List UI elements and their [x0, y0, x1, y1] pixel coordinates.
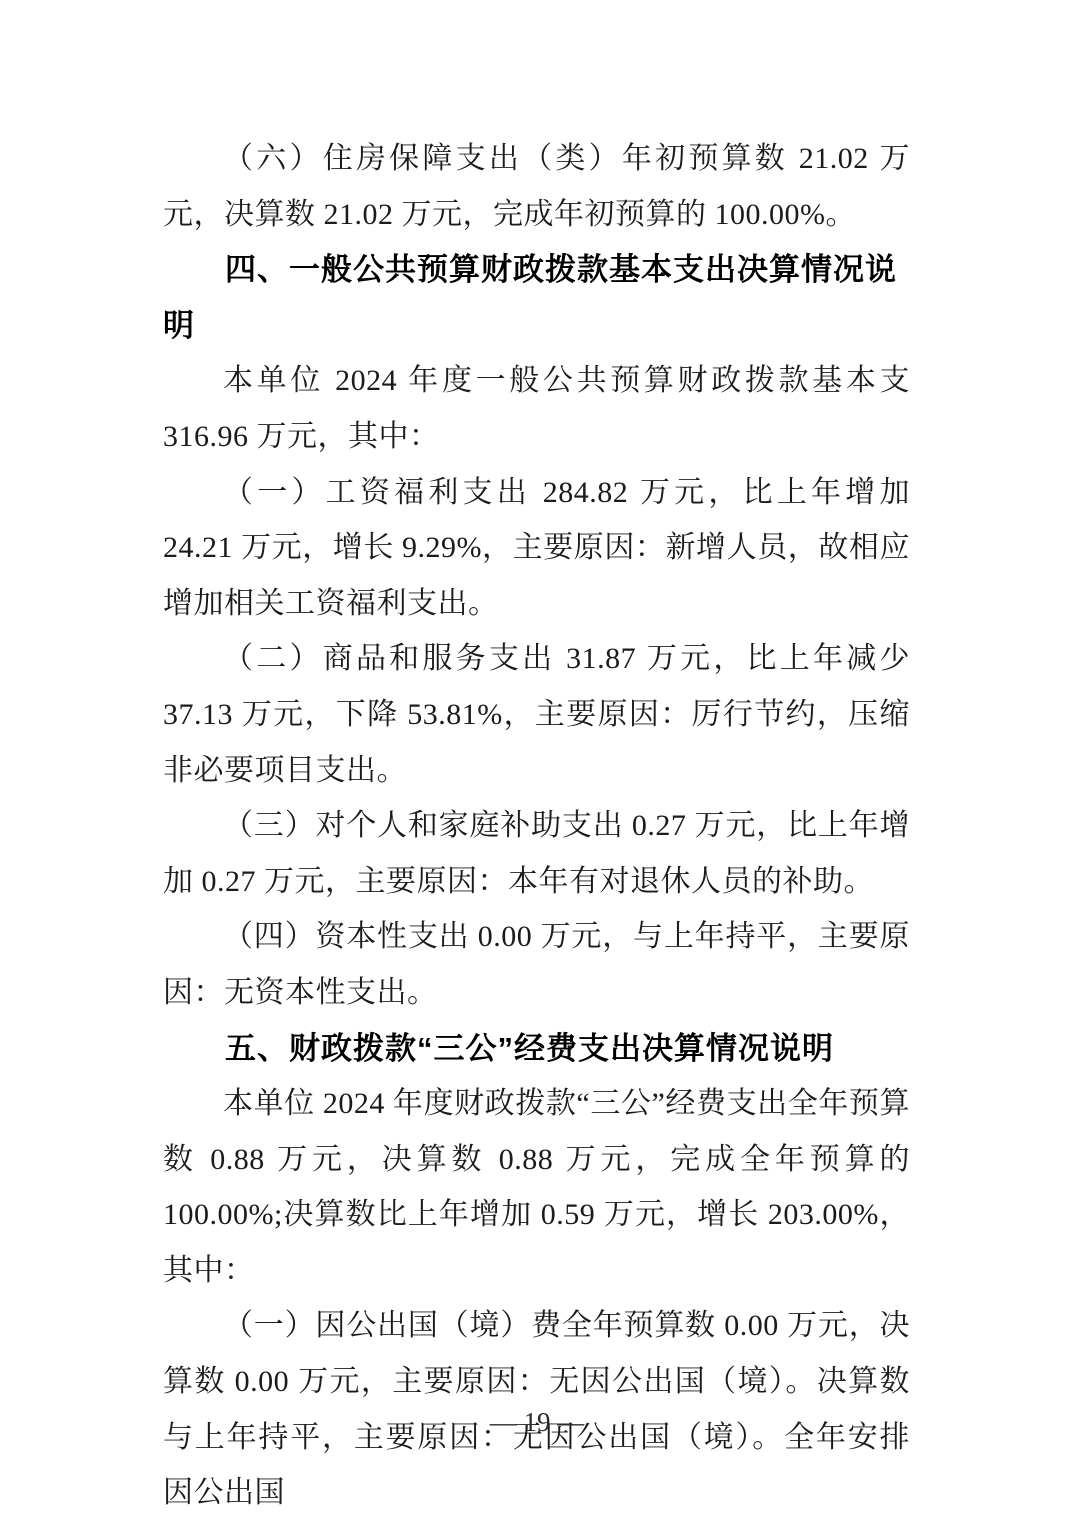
- paragraph-housing-support-expenditure: （六）住房保障支出（类）年初预算数 21.02 万元，决算数 21.02 万元，…: [163, 131, 910, 242]
- paragraph-capital-expenditure: （四）资本性支出 0.00 万元，与上年持平，主要原因：无资本性支出。: [163, 909, 910, 1020]
- paragraph-goods-services-expenditure: （二）商品和服务支出 31.87 万元，比上年减少 37.13 万元，下降 53…: [163, 631, 910, 798]
- page-number: — 19 —: [490, 1407, 585, 1437]
- paragraph-salary-welfare-expenditure: （一）工资福利支出 284.82 万元，比上年增加 24.21 万元，增长 9.…: [163, 465, 910, 632]
- section-heading-three-public-funds: 五、财政拨款“三公”经费支出决算情况说明: [163, 1021, 910, 1077]
- section-heading-basic-expenditure: 四、一般公共预算财政拨款基本支出决算情况说明: [163, 242, 910, 353]
- paragraph-basic-expenditure-intro: 本单位 2024 年度一般公共预算财政拨款基本支 316.96 万元，其中：: [163, 353, 910, 464]
- document-content: （六）住房保障支出（类）年初预算数 21.02 万元，决算数 21.02 万元，…: [163, 131, 910, 1520]
- document-page: （六）住房保障支出（类）年初预算数 21.02 万元，决算数 21.02 万元，…: [0, 0, 1074, 1520]
- paragraph-individual-family-subsidy: （三）对个人和家庭补助支出 0.27 万元，比上年增加 0.27 万元，主要原因…: [163, 798, 910, 909]
- page-footer: — 19 —: [0, 1402, 1074, 1442]
- paragraph-three-public-funds-intro: 本单位 2024 年度财政拨款“三公”经费支出全年预算数 0.88 万元，决算数…: [163, 1076, 910, 1298]
